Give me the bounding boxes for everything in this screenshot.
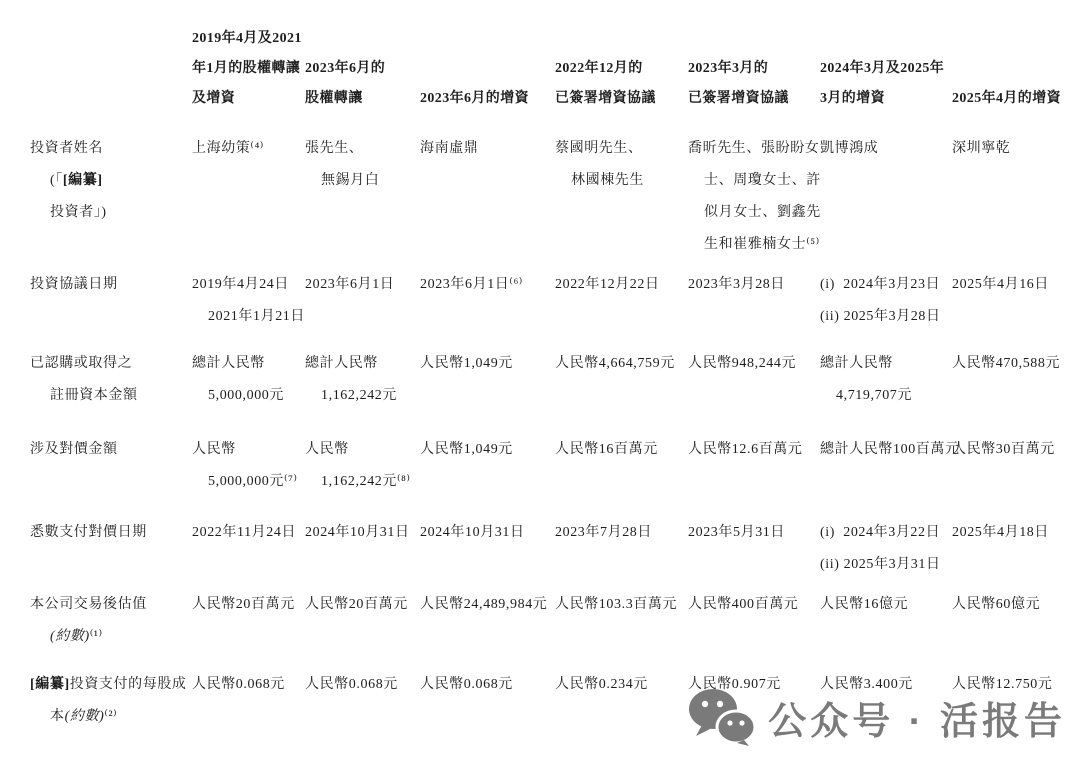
cell-line: 5,000,000元⁽⁷⁾: [192, 466, 305, 498]
cell-line: 張先生、: [305, 133, 420, 165]
cell-line: 2022年11月24日: [192, 517, 305, 549]
cell-line: 2023年3月28日: [688, 269, 820, 301]
column-header: 2023年6月的股權轉讓: [305, 54, 420, 114]
cell-line: 上海幼策⁽⁴⁾: [192, 133, 305, 165]
wechat-icon: [688, 688, 756, 746]
cell-line: 人民幣103.3百萬元: [555, 589, 688, 621]
cell-line: 1,162,242元⁽⁸⁾: [305, 466, 420, 498]
table-cell: (i) 2024年3月22日(ii) 2025年3月31日: [820, 517, 952, 581]
table-cell: 凱博鴻成: [820, 133, 952, 261]
cell-line: 人民幣0.068元: [305, 669, 420, 701]
cell-line: 深圳寧乾: [952, 133, 1070, 165]
row-label: 悉數支付對價日期: [30, 517, 192, 581]
cell-line: 無錫月白: [305, 165, 420, 197]
cell-line: 2024年10月31日: [420, 517, 555, 549]
table-cell: 2025年4月18日: [952, 517, 1070, 581]
cell-line: 人民幣16億元: [820, 589, 952, 621]
table-cell: 人民幣16億元: [820, 589, 952, 653]
column-header-line: 2023年3月的: [688, 54, 820, 84]
table-cell: 2024年10月31日: [305, 517, 420, 581]
table-cell: 人民幣0.068元: [192, 669, 305, 733]
row-label-line: 投資者姓名: [30, 133, 192, 165]
table-cell: 總計人民幣100百萬元: [820, 434, 952, 498]
table-cell: 深圳寧乾: [952, 133, 1070, 261]
column-header-line: 及增資: [192, 84, 305, 114]
cell-line: 總計人民幣: [305, 348, 420, 380]
table-cell: 2023年3月28日: [688, 269, 820, 333]
table-cell: (i) 2024年3月23日(ii) 2025年3月28日: [820, 269, 952, 333]
cell-line: 4,719,707元: [820, 380, 952, 412]
row-label-line: 已認購或取得之: [30, 348, 192, 380]
table-cell: 人民幣1,162,242元⁽⁸⁾: [305, 434, 420, 498]
table-cell: 人民幣0.068元: [305, 669, 420, 733]
table-cell: 人民幣16百萬元: [555, 434, 688, 498]
cell-line: 人民幣948,244元: [688, 348, 820, 380]
cell-line: 總計人民幣100百萬元: [820, 434, 952, 466]
cell-line: 人民幣: [192, 434, 305, 466]
table-cell: 人民幣5,000,000元⁽⁷⁾: [192, 434, 305, 498]
table-cell: 2022年11月24日: [192, 517, 305, 581]
investment-table: 2019年4月及2021年1月的股權轉讓及增資2023年6月的股權轉讓2023年…: [30, 24, 1070, 733]
cell-line: 人民幣470,588元: [952, 348, 1070, 380]
column-header-line: 已簽署增資協議: [688, 84, 820, 114]
row-label-line: (「[編纂]: [30, 165, 192, 197]
table-cell: 人民幣24,489,984元: [420, 589, 555, 653]
cell-line: 2024年10月31日: [305, 517, 420, 549]
cell-line: 2023年5月31日: [688, 517, 820, 549]
row-label: 已認購或取得之註冊資本金額: [30, 348, 192, 412]
cell-line: 2023年6月1日: [305, 269, 420, 301]
cell-line: (ii) 2025年3月31日: [820, 549, 952, 581]
cell-line: 林國棟先生: [555, 165, 688, 197]
watermark: 公众号 · 活报告: [688, 688, 1066, 746]
column-header-line: 2023年6月的增資: [420, 84, 555, 114]
table-cell: 人民幣60億元: [952, 589, 1070, 653]
column-header: 2023年6月的增資: [420, 84, 555, 114]
cell-line: 似月女士、劉鑫先: [688, 197, 820, 229]
table-cell: 人民幣400百萬元: [688, 589, 820, 653]
table-cell: 2024年10月31日: [420, 517, 555, 581]
cell-line: 人民幣: [305, 434, 420, 466]
cell-line: 人民幣1,049元: [420, 434, 555, 466]
table-cell: 人民幣0.234元: [555, 669, 688, 733]
row-label-line: 悉數支付對價日期: [30, 517, 192, 549]
row-post-transaction-valuation: 本公司交易後估值(約數)⁽¹⁾人民幣20百萬元人民幣20百萬元人民幣24,489…: [30, 589, 1070, 653]
row-label: 投資者姓名(「[編纂]投資者」): [30, 133, 192, 261]
table-cell: 喬昕先生、張盼盼女士、周瓊女士、許似月女士、劉鑫先生和崔雅楠女士⁽⁵⁾: [688, 133, 820, 261]
table-cell: 人民幣20百萬元: [305, 589, 420, 653]
cell-line: 2021年1月21日: [192, 301, 305, 333]
cell-line: 人民幣4,664,759元: [555, 348, 688, 380]
cell-line: 人民幣20百萬元: [305, 589, 420, 621]
table-cell: 2023年6月1日⁽⁶⁾: [420, 269, 555, 333]
table-cell: 2022年12月22日: [555, 269, 688, 333]
cell-line: 2019年4月24日: [192, 269, 305, 301]
table-header-row: 2019年4月及2021年1月的股權轉讓及增資2023年6月的股權轉讓2023年…: [30, 24, 1070, 114]
row-label-line: [編纂]投資支付的每股成: [30, 669, 192, 701]
watermark-label: 公众号 · 活报告: [768, 690, 1066, 745]
row-label-line: 註冊資本金額: [30, 380, 192, 412]
cell-line: 人民幣1,049元: [420, 348, 555, 380]
cell-line: 2022年12月22日: [555, 269, 688, 301]
table-cell: 總計人民幣5,000,000元: [192, 348, 305, 412]
row-label: [編纂]投資支付的每股成本(約數)⁽²⁾: [30, 669, 192, 733]
row-registered-capital: 已認購或取得之註冊資本金額總計人民幣5,000,000元總計人民幣1,162,2…: [30, 348, 1070, 412]
cell-line: 生和崔雅楠女士⁽⁵⁾: [688, 229, 820, 261]
table-cell: 人民幣12.6百萬元: [688, 434, 820, 498]
row-agreement-date: 投資協議日期2019年4月24日2021年1月21日2023年6月1日2023年…: [30, 269, 1070, 333]
column-header: 2025年4月的增資: [952, 84, 1070, 114]
table-cell: 2023年6月1日: [305, 269, 420, 333]
row-label: 投資協議日期: [30, 269, 192, 333]
row-label: 本公司交易後估值(約數)⁽¹⁾: [30, 589, 192, 653]
cell-line: 2025年4月18日: [952, 517, 1070, 549]
table-cell: 總計人民幣4,719,707元: [820, 348, 952, 412]
column-header: 2019年4月及2021年1月的股權轉讓及增資: [192, 24, 305, 114]
table-cell: 上海幼策⁽⁴⁾: [192, 133, 305, 261]
table-cell: 張先生、無錫月白: [305, 133, 420, 261]
cell-line: 士、周瓊女士、許: [688, 165, 820, 197]
cell-line: 人民幣400百萬元: [688, 589, 820, 621]
column-header-line: 2024年3月及2025年: [820, 54, 952, 84]
table-cell: 總計人民幣1,162,242元: [305, 348, 420, 412]
column-header: 2022年12月的已簽署增資協議: [555, 54, 688, 114]
cell-line: 2023年7月28日: [555, 517, 688, 549]
cell-line: 人民幣0.068元: [192, 669, 305, 701]
cell-line: 人民幣16百萬元: [555, 434, 688, 466]
cell-line: 5,000,000元: [192, 380, 305, 412]
cell-line: 人民幣20百萬元: [192, 589, 305, 621]
row-payment-date: 悉數支付對價日期2022年11月24日2024年10月31日2024年10月31…: [30, 517, 1070, 581]
row-label-line: 投資協議日期: [30, 269, 192, 301]
cell-line: 2023年6月1日⁽⁶⁾: [420, 269, 555, 301]
table-cell: 2019年4月24日2021年1月21日: [192, 269, 305, 333]
column-header-line: 2019年4月及2021: [192, 24, 305, 54]
cell-line: 人民幣30百萬元: [952, 434, 1070, 466]
cell-line: 蔡國明先生、: [555, 133, 688, 165]
cell-line: 海南虛鼎: [420, 133, 555, 165]
column-header-line: 3月的增資: [820, 84, 952, 114]
cell-line: 總計人民幣: [192, 348, 305, 380]
cell-line: 人民幣60億元: [952, 589, 1070, 621]
column-header-line: 年1月的股權轉讓: [192, 54, 305, 84]
table-cell: 人民幣30百萬元: [952, 434, 1070, 498]
table-cell: 人民幣1,049元: [420, 434, 555, 498]
table-cell: 人民幣1,049元: [420, 348, 555, 412]
cell-line: 人民幣0.068元: [420, 669, 555, 701]
row-investor-name: 投資者姓名(「[編纂]投資者」)上海幼策⁽⁴⁾張先生、無錫月白海南虛鼎蔡國明先生…: [30, 133, 1070, 261]
cell-line: 人民幣24,489,984元: [420, 589, 555, 621]
table-cell: 2025年4月16日: [952, 269, 1070, 333]
row-label-line: 投資者」): [30, 197, 192, 229]
row-consideration-amount: 涉及對價金額人民幣5,000,000元⁽⁷⁾人民幣1,162,242元⁽⁸⁾人民…: [30, 434, 1070, 498]
row-label-line: 本(約數)⁽²⁾: [30, 701, 192, 733]
cell-line: 喬昕先生、張盼盼女: [688, 133, 820, 165]
table-cell: 海南虛鼎: [420, 133, 555, 261]
row-label-line: 本公司交易後估值: [30, 589, 192, 621]
cell-line: 凱博鴻成: [820, 133, 952, 165]
row-label-line: (約數)⁽¹⁾: [30, 621, 192, 653]
cell-line: 人民幣0.234元: [555, 669, 688, 701]
cell-line: 人民幣12.6百萬元: [688, 434, 820, 466]
row-label: 涉及對價金額: [30, 434, 192, 498]
cell-line: (ii) 2025年3月28日: [820, 301, 952, 333]
table-cell: 人民幣0.068元: [420, 669, 555, 733]
table-cell: 人民幣4,664,759元: [555, 348, 688, 412]
cell-line: 2025年4月16日: [952, 269, 1070, 301]
table-cell: 人民幣20百萬元: [192, 589, 305, 653]
table-cell: 蔡國明先生、林國棟先生: [555, 133, 688, 261]
cell-line: (i) 2024年3月23日: [820, 269, 952, 301]
column-header: 2024年3月及2025年3月的增資: [820, 54, 952, 114]
cell-line: 1,162,242元: [305, 380, 420, 412]
cell-line: 總計人民幣: [820, 348, 952, 380]
table-cell: 2023年7月28日: [555, 517, 688, 581]
table-cell: 人民幣470,588元: [952, 348, 1070, 412]
table-cell: 2023年5月31日: [688, 517, 820, 581]
column-header: 2023年3月的已簽署增資協議: [688, 54, 820, 114]
column-header-line: 2025年4月的增資: [952, 84, 1070, 114]
column-header-line: 已簽署增資協議: [555, 84, 688, 114]
table-cell: 人民幣103.3百萬元: [555, 589, 688, 653]
row-label-line: 涉及對價金額: [30, 434, 192, 466]
table-cell: 人民幣948,244元: [688, 348, 820, 412]
column-header-line: 2022年12月的: [555, 54, 688, 84]
column-header-line: 股權轉讓: [305, 84, 420, 114]
column-header-line: 2023年6月的: [305, 54, 420, 84]
cell-line: (i) 2024年3月22日: [820, 517, 952, 549]
